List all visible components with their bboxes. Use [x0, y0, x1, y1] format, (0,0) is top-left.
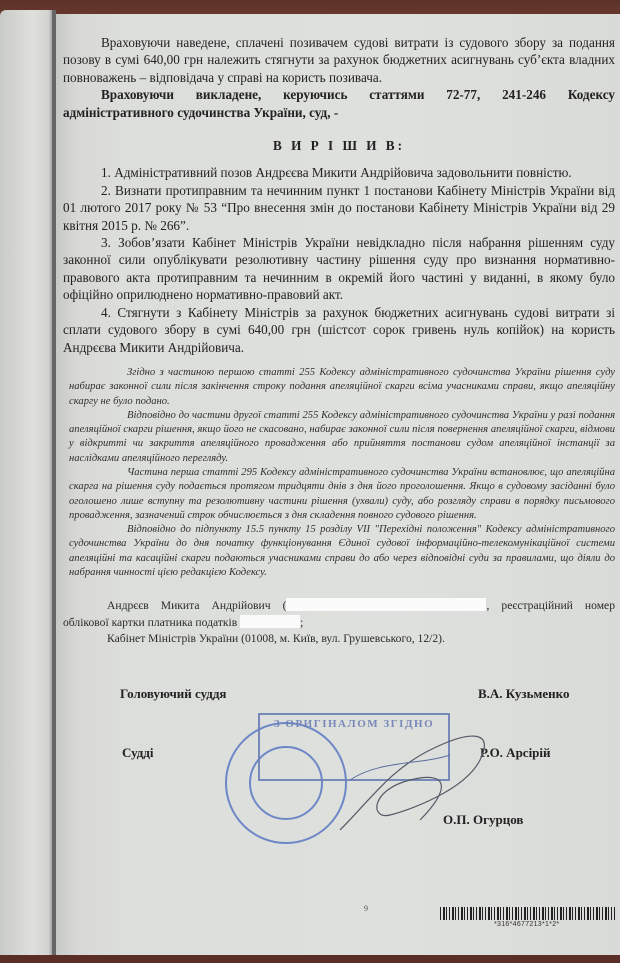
decision-item-3: 3. Зобов’язати Кабінет Міністрів України… — [63, 234, 615, 304]
appeal-notes: Згідно з частиною першою статті 255 Коде… — [63, 366, 615, 580]
appeal-note-4: Відповідно до підпункту 15.5 пункту 15 р… — [69, 523, 615, 580]
handwritten-signature-icon — [330, 720, 500, 840]
presiding-judge-label: Головуючий суддя — [120, 686, 226, 702]
parties-block: Андрєєв Микита Андрійович (, реєстраційн… — [63, 598, 615, 648]
document-body: Враховуючи наведене, сплачені позивачем … — [63, 34, 615, 648]
presiding-judge-name: В.А. Кузьменко — [478, 686, 569, 702]
table-background-bottom — [0, 955, 620, 963]
redacted-address — [286, 598, 486, 611]
decision-item-2: 2. Визнати протиправним та нечинним пунк… — [63, 182, 615, 234]
redacted-tax-number — [240, 615, 300, 628]
appeal-note-1: Згідно з частиною першою статті 255 Коде… — [69, 366, 615, 409]
previous-page-edge — [0, 10, 54, 958]
page-number: 9 — [364, 904, 368, 913]
decision-title: В И Р І Ш И В: — [63, 137, 615, 154]
barcode-text: *316*4677213*1*2* — [494, 921, 559, 928]
decision-item-4: 4. Стягнути з Кабінету Міністрів за раху… — [63, 304, 615, 356]
defendant-details: Кабінет Міністрів України (01008, м. Киї… — [63, 631, 615, 648]
appeal-note-3: Частина перша статті 295 Кодексу адмініс… — [69, 466, 615, 523]
decision-item-1: 1. Адміністративний позов Андрєєва Микит… — [63, 164, 615, 181]
plaintiff-details: Андрєєв Микита Андрійович (, реєстраційн… — [63, 598, 615, 631]
appeal-note-2: Відповідно до частини другої статті 255 … — [69, 409, 615, 466]
plaintiff-name: Андрєєв Микита Андрійович ( — [107, 599, 286, 612]
page-binding-spine — [52, 10, 56, 958]
plaintiff-end: ; — [300, 616, 303, 629]
judges-label: Судді — [122, 745, 154, 761]
paragraph-legal-basis: Враховуючи викладене, керуючись статтями… — [63, 86, 615, 121]
barcode — [440, 907, 615, 920]
paragraph-costs: Враховуючи наведене, сплачені позивачем … — [63, 34, 615, 86]
